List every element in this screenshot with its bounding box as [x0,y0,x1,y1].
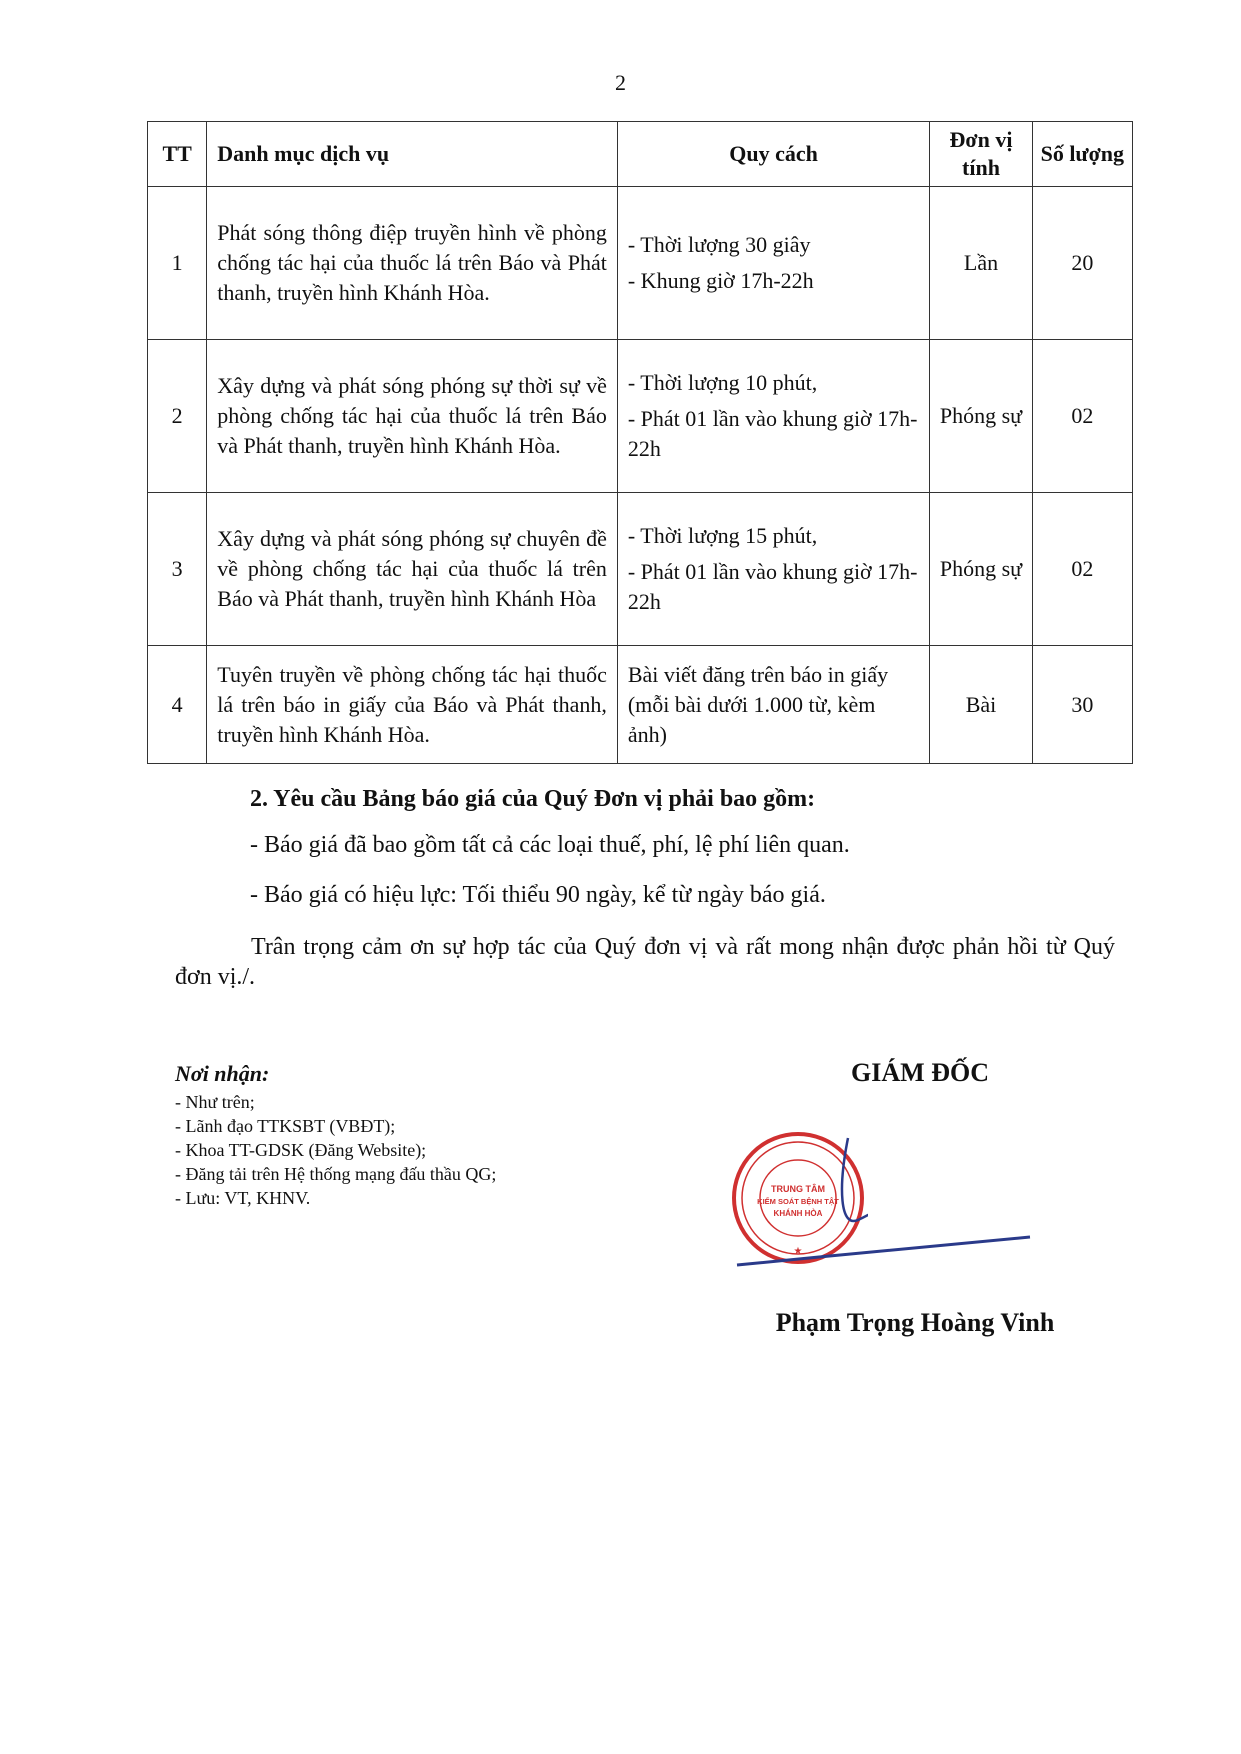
svg-text:KHÁNH HÒA: KHÁNH HÒA [774,1209,823,1218]
spec-line: - Thời lượng 10 phút, [628,368,919,398]
table-row: 3Xây dựng và phát sóng phóng sự chuyên đ… [148,493,1133,646]
cell-service-name: Xây dựng và phát sóng phóng sự chuyên đề… [207,493,618,646]
cell-tt: 2 [148,340,207,493]
table-row: 1Phát sóng thông điệp truyền hình về phò… [148,187,1133,340]
cell-service-name: Tuyên truyền về phòng chống tác hại thuố… [207,646,618,764]
spec-line: Bài viết đăng trên báo in giấy (mỗi bài … [628,660,919,750]
spec-line: - Phát 01 lần vào khung giờ 17h-22h [628,404,919,464]
recipient-item: - Như trên; [175,1090,496,1114]
cell-spec: - Thời lượng 30 giây- Khung giờ 17h-22h [617,187,929,340]
header-quantity: Số lượng [1032,122,1132,187]
cell-spec: - Thời lượng 10 phút,- Phát 01 lần vào k… [617,340,929,493]
signature-title: GIÁM ĐỐC [760,1058,1080,1088]
header-unit: Đơn vị tính [930,122,1032,187]
requirement-item: - Báo giá đã bao gồm tất cả các loại thu… [250,832,1190,859]
header-service-name: Danh mục dịch vụ [207,122,618,187]
cell-service-name: Xây dựng và phát sóng phóng sự thời sự v… [207,340,618,493]
recipient-item: - Đăng tải trên Hệ thống mạng đấu thầu Q… [175,1162,496,1186]
cell-spec: Bài viết đăng trên báo in giấy (mỗi bài … [617,646,929,764]
cell-unit: Phóng sự [930,493,1032,646]
cell-tt: 3 [148,493,207,646]
cell-quantity: 30 [1032,646,1132,764]
recipient-item: - Lưu: VT, KHNV. [175,1186,496,1210]
signature-stroke-icon [735,1225,1035,1275]
recipients-block: Nơi nhận: - Như trên;- Lãnh đạo TTKSBT (… [175,1062,496,1210]
table-header-row: TT Danh mục dịch vụ Quy cách Đơn vị tính… [148,122,1133,187]
table-row: 2Xây dựng và phát sóng phóng sự thời sự … [148,340,1133,493]
cell-unit: Lần [930,187,1032,340]
cell-quantity: 02 [1032,493,1132,646]
recipient-item: - Khoa TT-GDSK (Đăng Website); [175,1138,496,1162]
spec-line: - Phát 01 lần vào khung giờ 17h-22h [628,557,919,617]
svg-text:KIỂM SOÁT BỆNH TẬT: KIỂM SOÁT BỆNH TẬT [757,1197,839,1206]
cell-unit: Phóng sự [930,340,1032,493]
requirement-item: - Báo giá có hiệu lực: Tối thiểu 90 ngày… [250,882,1190,909]
spec-line: - Khung giờ 17h-22h [628,266,919,296]
svg-text:TRUNG TÂM: TRUNG TÂM [771,1183,825,1194]
thanks-paragraph: Trân trọng cảm ơn sự hợp tác của Quý đơn… [175,932,1115,992]
section-2-title: 2. Yêu cầu Bảng báo giá của Quý Đơn vị p… [250,786,1190,813]
cell-tt: 4 [148,646,207,764]
cell-spec: - Thời lượng 15 phút,- Phát 01 lần vào k… [617,493,929,646]
services-table: TT Danh mục dịch vụ Quy cách Đơn vị tính… [147,121,1133,764]
spec-line: - Thời lượng 30 giây [628,230,919,260]
cell-service-name: Phát sóng thông điệp truyền hình về phòn… [207,187,618,340]
header-tt: TT [148,122,207,187]
header-spec: Quy cách [617,122,929,187]
recipients-title: Nơi nhận: [175,1062,496,1086]
cell-quantity: 02 [1032,340,1132,493]
cell-unit: Bài [930,646,1032,764]
signer-name: Phạm Trọng Hoàng Vinh [710,1308,1120,1338]
cell-quantity: 20 [1032,187,1132,340]
spec-line: - Thời lượng 15 phút, [628,521,919,551]
recipient-item: - Lãnh đạo TTKSBT (VBĐT); [175,1114,496,1138]
cell-tt: 1 [148,187,207,340]
table-row: 4Tuyên truyền về phòng chống tác hại thu… [148,646,1133,764]
page-number: 2 [0,70,1241,96]
